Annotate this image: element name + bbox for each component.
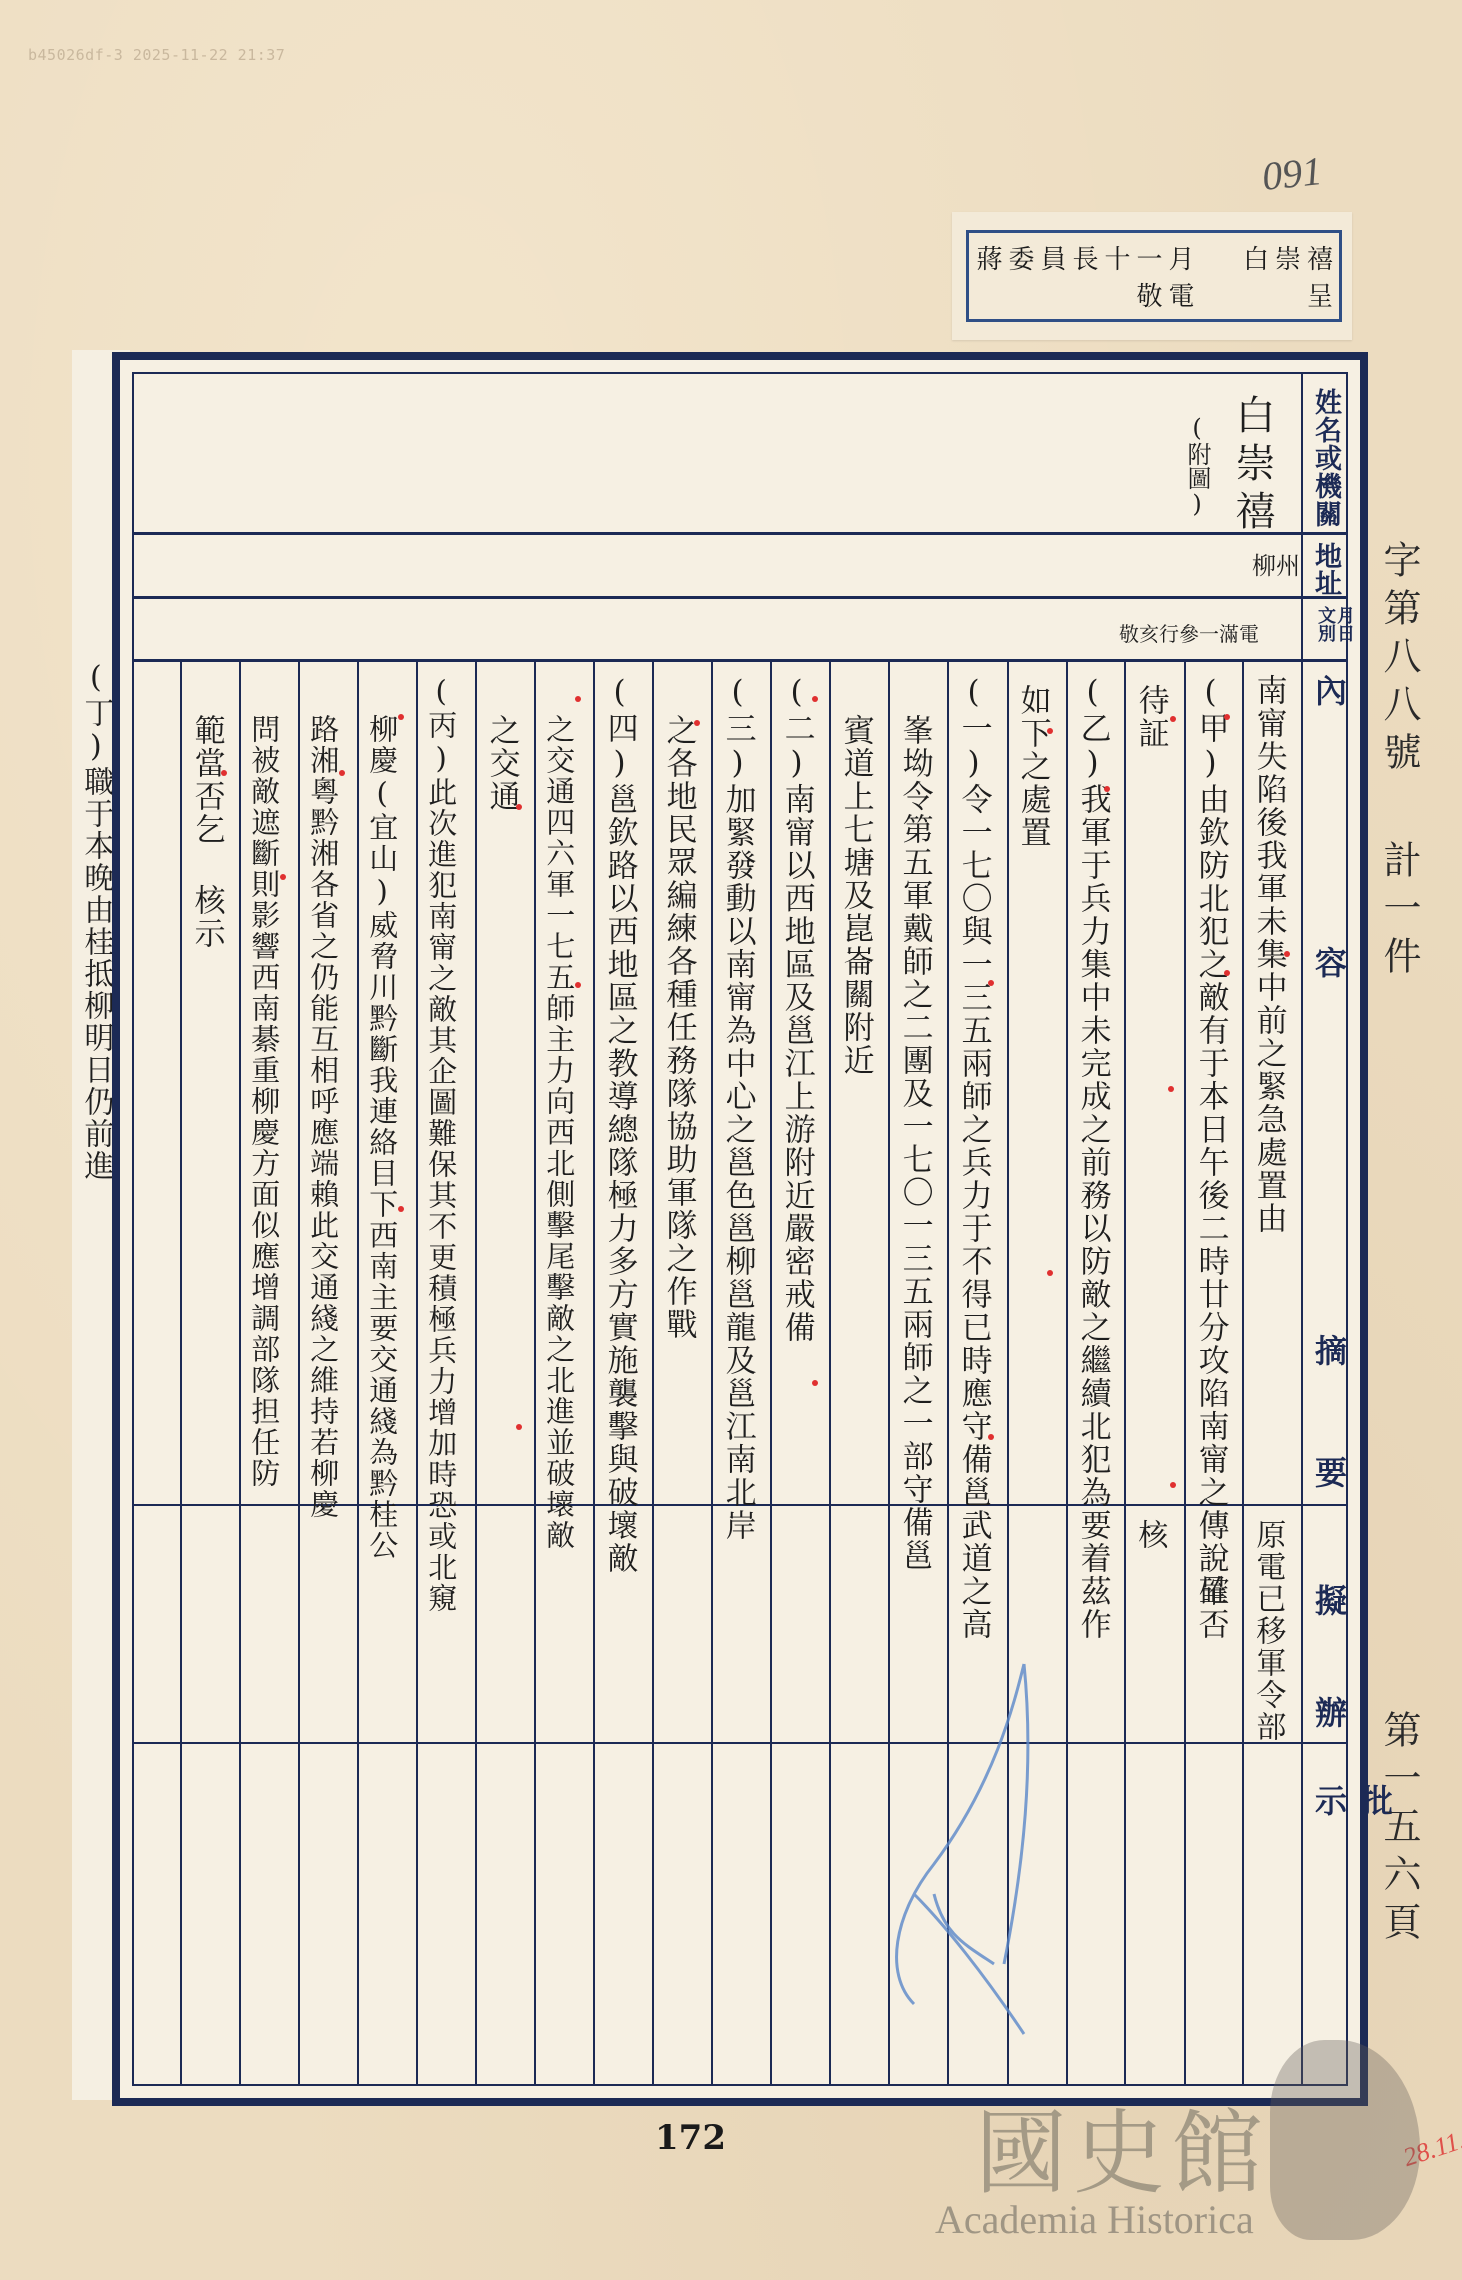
row-divider	[134, 596, 1346, 599]
form-grid: 姓名或機關 地址 月日 文別 號次 內容 摘要 擬辦 批示 白崇禧 (附圖) 柳…	[132, 372, 1348, 2086]
red-dot	[398, 1206, 404, 1212]
red-dot	[1047, 1270, 1053, 1276]
red-dot	[988, 1434, 994, 1440]
red-dot	[516, 804, 522, 810]
red-dot	[1284, 951, 1290, 957]
row-divider	[134, 1742, 1346, 1744]
col-line	[593, 659, 595, 2084]
content-column: 路湘粵黔湘各省之仍能互相呼應端賴此交通綫之維持若柳慶	[306, 714, 340, 1520]
red-dot	[1224, 714, 1230, 720]
red-dot	[1168, 1086, 1174, 1092]
header-summary: 摘要	[1306, 1334, 1352, 1578]
header-name: 姓名或機關	[1306, 388, 1345, 528]
doc-number: 字第八八號	[1372, 540, 1427, 780]
watermark-english: Academia Historica	[935, 2196, 1254, 2243]
header-content: 內容	[1306, 674, 1352, 1218]
red-dot	[812, 1380, 818, 1386]
red-dot	[221, 770, 227, 776]
value-address: 柳州	[1252, 546, 1300, 581]
item-count: 計一件	[1372, 840, 1427, 984]
col-line	[239, 659, 241, 2084]
col-line	[534, 659, 536, 2084]
watermark-chinese: 國史館	[975, 2080, 1269, 2212]
col-line	[829, 659, 831, 2084]
header-address: 地址	[1306, 542, 1345, 596]
col-line	[357, 659, 359, 2084]
col-line	[770, 659, 772, 2084]
red-dot	[339, 770, 345, 776]
row-divider	[134, 659, 1346, 662]
content-column: (二)南甯以西地區及邕江上游附近嚴密戒備	[778, 674, 815, 1344]
col-line	[652, 659, 654, 2084]
content-column: (甲)由欽防北犯之敵有于本日午後二時廿分攻陷南甯之傳說確否	[1192, 674, 1229, 1641]
content-column: 柳慶(宜山)威脅川黔斷我連絡目下西南主要交通綫為黔桂公	[365, 714, 399, 1561]
content-column: 範當否乞 核示	[188, 714, 225, 950]
red-dot	[280, 874, 286, 880]
content-column: 之各地民眾編練各種任務隊協助軍隊之作戰	[660, 714, 697, 1341]
content-column: 之交通	[483, 714, 520, 813]
archive-number: 091	[1260, 147, 1325, 200]
content-column: 之交通四六軍一七五師主力向西北側擊尾擊敵之北進並破壞敵	[542, 714, 576, 1551]
header-proposal: 擬辦	[1306, 1584, 1352, 1808]
content-column: (一)令一七〇與一三五兩師之兵力于不得已時應守備邕武道之高	[955, 674, 992, 1641]
red-dot	[575, 696, 581, 702]
header-doc-type: 文別	[1312, 606, 1338, 642]
content-column: 如下之處置	[1014, 684, 1051, 849]
title-slip: 白崇禧 呈 蔣委員長十一月敬電	[952, 212, 1352, 340]
value-date-serial: 敬亥行參一滿電	[1119, 618, 1259, 647]
col-line	[1242, 659, 1244, 2084]
content-column: (三)加緊發動以南甯為中心之邕色邕柳邕龍及邕江南北岸	[719, 674, 756, 1542]
summary-submit: 呈	[1192, 1574, 1227, 1606]
red-dot	[1224, 970, 1230, 976]
title-sender: 白崇禧 呈	[1225, 239, 1339, 313]
margin-note: (丁)職于本晚由桂抵柳明日仍前進	[78, 660, 113, 1182]
col-line	[298, 659, 300, 2084]
content-column: 待証	[1132, 684, 1169, 750]
red-dot	[575, 982, 581, 988]
col-line	[711, 659, 713, 2084]
red-dot	[516, 1424, 522, 1430]
col-line	[1124, 659, 1126, 2084]
red-dot	[1104, 786, 1110, 792]
row-divider	[134, 532, 1346, 535]
red-dot	[988, 980, 994, 986]
value-name: 白崇禧	[1224, 394, 1281, 538]
col-line	[475, 659, 477, 2084]
red-dot	[694, 720, 700, 726]
content-column: 南甯失陷後我軍未集中前之緊急處置由	[1250, 674, 1287, 1235]
content-column: (丙)此次進犯南甯之敵其企圖難保其不更積極兵力增加時恐或北窺	[424, 674, 458, 1614]
red-dot	[1170, 1482, 1176, 1488]
value-attachment: (附圖)	[1180, 414, 1215, 518]
title-text: 蔣委員長十一月敬電	[969, 239, 1201, 313]
telegram-register-form: 姓名或機關 地址 月日 文別 號次 內容 摘要 擬辦 批示 白崇禧 (附圖) 柳…	[112, 352, 1368, 2106]
summary-note: 原電已移軍令部	[1250, 1519, 1285, 1743]
content-column: 問被敵遮斷則影響西南綦重柳慶方面似應增調部隊担任防	[247, 714, 281, 1489]
red-dot	[1047, 728, 1053, 734]
page-number: 172	[655, 2118, 726, 2158]
col-line	[1184, 659, 1186, 2084]
red-dot	[398, 714, 404, 720]
content-column: 峯坳令第五軍戴師之二團及一七〇一三五兩師之一部守備邕	[896, 714, 933, 1572]
red-dot	[1170, 716, 1176, 722]
content-column: 賓道上七塘及崑崙關附近	[837, 714, 874, 1077]
red-dot	[812, 696, 818, 702]
header-column-divider	[1301, 374, 1303, 2084]
content-column: (四)邕欽路以西地區之教導總隊極力多方實施襲擊與破壞敵	[601, 674, 638, 1575]
blue-pencil-scribble	[874, 1644, 1074, 2044]
summary-review: 核	[1132, 1519, 1167, 1551]
title-box: 白崇禧 呈 蔣委員長十一月敬電	[966, 230, 1342, 322]
col-line	[416, 659, 418, 2084]
page-ref: 第一五六頁	[1372, 1710, 1427, 1950]
scan-stamp: b45026df-3 2025-11-22 21:37	[28, 46, 285, 64]
content-column: (乙)我軍于兵力集中未完成之前務以防敵之繼續北犯為要着茲作	[1074, 674, 1111, 1641]
col-line	[180, 659, 182, 2084]
